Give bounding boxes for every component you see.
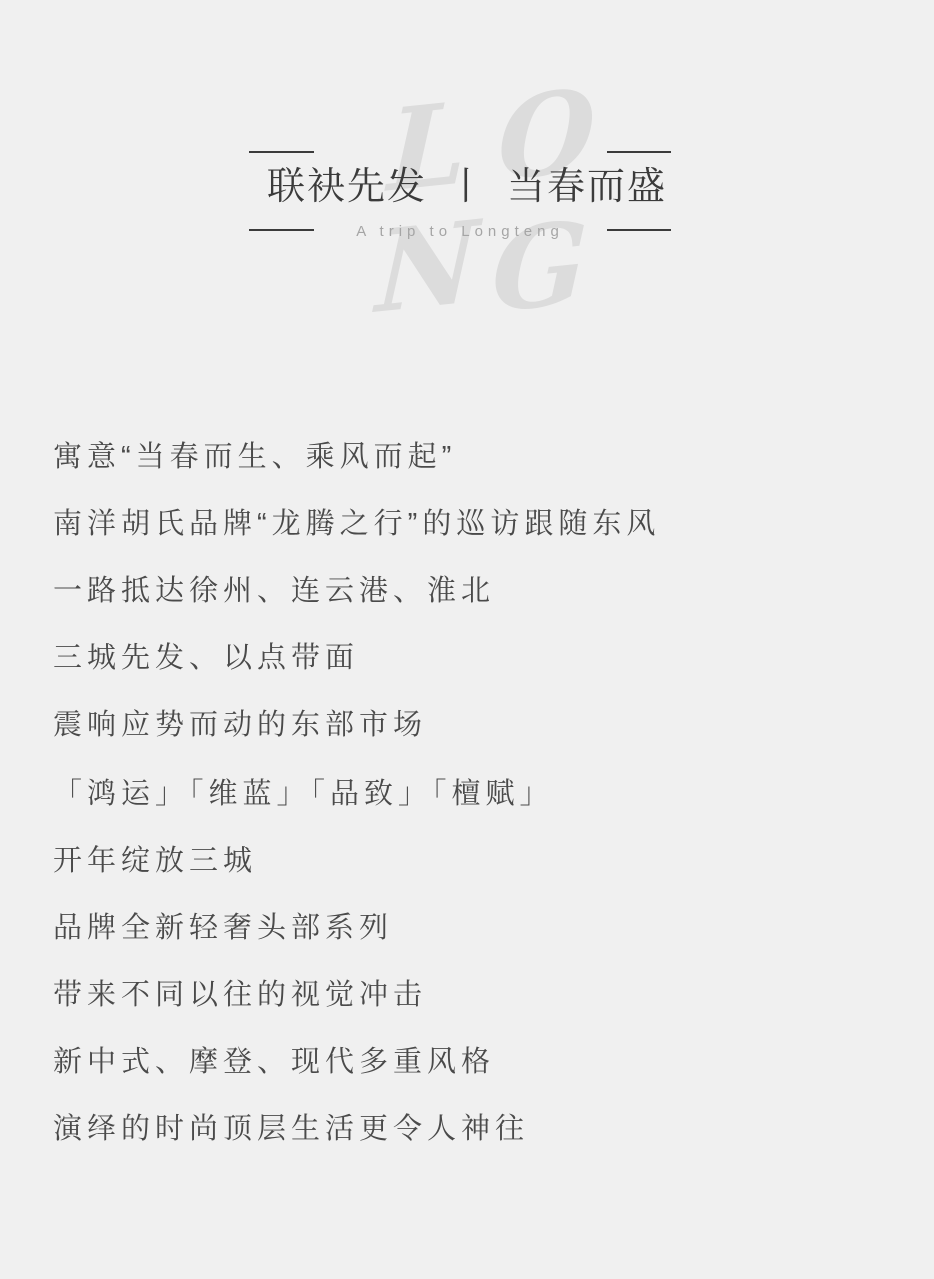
body-line: 带来不同以往的视觉冲击 xyxy=(53,981,660,1010)
body-line: 三城先发、以点带面 xyxy=(53,644,660,673)
page-title-right: 当春而盛 xyxy=(507,166,667,208)
decor-line-top-left xyxy=(249,151,314,153)
body-line: 开年绽放三城 xyxy=(53,847,660,876)
body-line: 南洋胡氏品牌“龙腾之行”的巡访跟随东风 xyxy=(53,510,660,539)
body-line: 一路抵达徐州、连云港、淮北 xyxy=(53,577,660,606)
body-text: 寓意“当春而生、乘风而起” 南洋胡氏品牌“龙腾之行”的巡访跟随东风 一路抵达徐州… xyxy=(53,443,660,1182)
decor-line-top-right xyxy=(607,151,671,153)
page-title-left: 联袂先发 xyxy=(267,166,427,208)
body-line: 「鸿运」「维蓝」「品致」「檀赋」 xyxy=(53,780,660,809)
page-title: 联袂先发丨当春而盛 xyxy=(0,166,934,208)
body-line: 新中式、摩登、现代多重风格 xyxy=(53,1048,660,1077)
decor-line-bottom-right xyxy=(607,229,671,231)
body-line: 品牌全新轻奢头部系列 xyxy=(53,914,660,943)
body-line: 寓意“当春而生、乘风而起” xyxy=(53,443,660,472)
decor-line-bottom-left xyxy=(249,229,314,231)
page-title-separator: 丨 xyxy=(447,166,487,208)
promo-page: L O N G 联袂先发丨当春而盛 A trip to Longteng 寓意“… xyxy=(0,0,934,1279)
page-subtitle: A trip to Longteng xyxy=(0,223,920,240)
body-line: 演绎的时尚顶层生活更令人神往 xyxy=(53,1115,660,1144)
body-line: 震响应势而动的东部市场 xyxy=(53,711,660,740)
header-section: L O N G 联袂先发丨当春而盛 A trip to Longteng xyxy=(0,0,934,340)
